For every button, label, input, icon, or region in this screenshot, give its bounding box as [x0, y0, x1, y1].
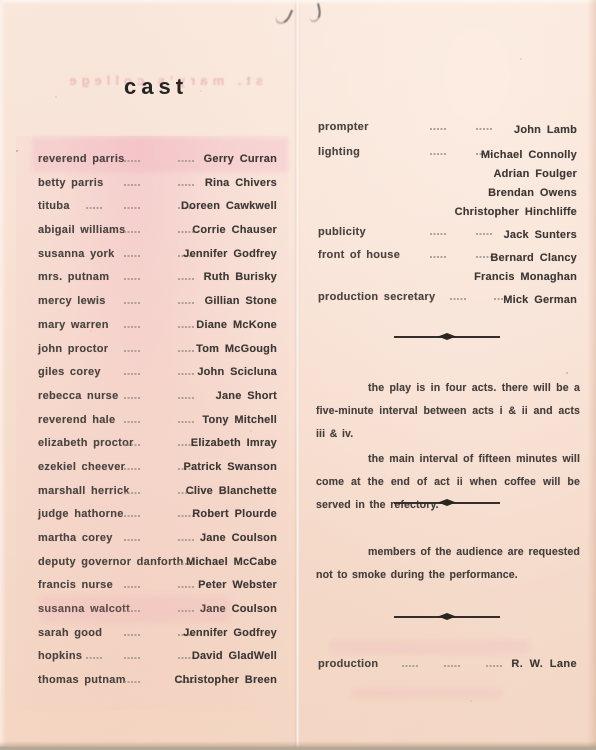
leader-dots: [124, 373, 140, 375]
cast-row: abigail williams Corrie Chauser: [38, 224, 278, 248]
leader-dots: [124, 468, 140, 470]
leader-dots: [178, 278, 194, 280]
cast-role-label: sarah good: [38, 627, 102, 639]
cast-role-label: susanna york: [38, 248, 115, 260]
diamond-icon: [438, 333, 456, 340]
cast-actor-name: Corrie Chauser: [192, 224, 277, 236]
crew-role-label: lighting: [318, 146, 360, 158]
leader-dots: [430, 153, 446, 155]
crew-member-name: Jack Sunters: [504, 226, 577, 245]
leader-dots: [124, 184, 140, 186]
leader-dots: [124, 586, 140, 588]
crew-list: prompter John Lamb lighting Michael Conn…: [318, 121, 578, 321]
leader-dots: [430, 233, 446, 235]
cast-row: marshall herrick Clive Blanchette: [38, 485, 278, 509]
leader-dots: [430, 128, 446, 130]
crew-member-name: Michael Connolly: [455, 146, 577, 165]
cast-row: betty parris Rina Chivers: [38, 177, 278, 201]
crew-member-name: Francis Monaghan: [474, 268, 577, 287]
cast-actor-name: David GladWell: [192, 650, 277, 662]
leader-dots: [178, 586, 194, 588]
cast-row: susanna york Jennifer Godfrey: [38, 248, 278, 272]
bleed-through-smudge: [40, 596, 230, 622]
cast-actor-name: Michael McCabe: [186, 556, 277, 568]
cast-role-label: reverend hale: [38, 414, 115, 426]
cast-row: tituba Doreen Cawkwell: [38, 200, 278, 224]
leader-dots: [178, 350, 194, 352]
page-edge: [587, 0, 596, 750]
cast-actor-name: Doreen Cawkwell: [181, 200, 277, 212]
cast-role-label: ezekiel cheever: [38, 461, 125, 473]
cast-row: martha corey Jane Coulson: [38, 532, 278, 556]
cast-role-label: francis nurse: [38, 579, 113, 591]
cast-page: st. mary's college cast reverend parris …: [0, 0, 298, 750]
cast-actor-name: Ruth Burisky: [204, 271, 277, 283]
cast-role-label: mrs. putnam: [38, 271, 109, 283]
leader-dots: [124, 397, 140, 399]
leader-dots: [124, 444, 140, 446]
cast-role-label: judge hathorne: [38, 508, 124, 520]
crew-member-name: Christopher Hinchliffe: [455, 203, 577, 222]
credits-page: prompter John Lamb lighting Michael Conn…: [298, 0, 596, 750]
performance-notes: the play is in four acts. there will be …: [316, 377, 580, 517]
leader-dots: [476, 128, 492, 130]
cast-row: deputy governor danforth Michael McCabe: [38, 556, 278, 580]
cast-role-label: abigail williams: [38, 224, 126, 236]
cast-actor-name: Jennifer Godfrey: [183, 248, 277, 260]
cast-role-label: marshall herrick: [38, 485, 130, 497]
leader-dots: [450, 298, 466, 300]
leader-dots: [476, 233, 492, 235]
cast-row: rebecca nurse Jane Short: [38, 390, 278, 414]
cast-row: hopkins David GladWell: [38, 650, 278, 674]
leader-dots: [124, 421, 140, 423]
cast-role-label: john proctor: [38, 343, 108, 355]
cast-actor-name: Peter Webster: [198, 579, 277, 591]
cast-row: mrs. putnam Ruth Burisky: [38, 271, 278, 295]
leader-dots: [124, 255, 140, 257]
cast-actor-name: Gillian Stone: [205, 295, 277, 307]
cast-row: reverend parris Gerry Curran: [38, 153, 278, 177]
cast-row: thomas putnam Christopher Breen: [38, 674, 278, 698]
fold-crease: [294, 0, 300, 750]
cast-actor-name: Jane Short: [216, 390, 277, 402]
interval-note: the main interval of fifteen minutes wil…: [316, 448, 580, 517]
cast-role-label: martha corey: [38, 532, 113, 544]
crew-role-label: prompter: [318, 121, 369, 133]
cast-row: reverend hale Tony Mitchell: [38, 414, 278, 438]
crew-names: Mick German: [503, 291, 577, 310]
cast-row: giles corey John Scicluna: [38, 366, 278, 390]
cast-role-label: deputy governor danforth: [38, 556, 184, 568]
leader-dots: [124, 657, 140, 659]
leader-dots: [178, 184, 194, 186]
cast-role-label: tituba: [38, 200, 70, 212]
leader-dots: [178, 539, 194, 541]
cast-row: mary warren Diane McKone: [38, 319, 278, 343]
cast-role-label: rebecca nurse: [38, 390, 119, 402]
cast-role-label: mary warren: [38, 319, 109, 331]
leader-dots: [444, 665, 460, 667]
leader-dots: [402, 665, 418, 667]
page-edge: [0, 0, 596, 5]
leader-dots: [430, 256, 446, 258]
leader-dots: [124, 515, 140, 517]
leader-dots: [178, 373, 194, 375]
leader-dots: [178, 421, 194, 423]
diamond-icon: [438, 499, 456, 506]
production-label: production: [318, 658, 378, 670]
leader-dots: [124, 350, 140, 352]
cast-actor-name: Elizabeth Imray: [191, 437, 277, 449]
cast-role-label: mercy lewis: [38, 295, 106, 307]
leader-dots: [124, 326, 140, 328]
crew-member-name: Mick German: [503, 291, 577, 310]
cast-row: mercy lewis Gillian Stone: [38, 295, 278, 319]
production-credit: production R. W. Lane: [318, 658, 578, 674]
cast-row: elizabeth proctor Elizabeth Imray: [38, 437, 278, 461]
cast-row: sarah good Jennifer Godfrey: [38, 627, 278, 651]
cast-actor-name: Jane Coulson: [200, 532, 277, 544]
production-name: R. W. Lane: [511, 658, 577, 670]
crew-member-name: Bernard Clancy: [474, 249, 577, 268]
crew-role-label: production secretary: [318, 291, 435, 303]
leader-dots: [86, 207, 102, 209]
cast-role-label: giles corey: [38, 366, 101, 378]
leader-dots: [124, 539, 140, 541]
leader-dots: [178, 326, 194, 328]
crew-names: John Lamb: [514, 121, 577, 140]
acts-note: the play is in four acts. there will be …: [316, 377, 580, 446]
leader-dots: [124, 160, 140, 162]
cast-heading: cast: [124, 74, 188, 100]
crew-member-name: Brendan Owens: [455, 184, 577, 203]
leader-dots: [124, 302, 140, 304]
cast-role-label: thomas putnam: [38, 674, 126, 686]
leader-dots: [124, 634, 140, 636]
cast-row: john proctor Tom McGough: [38, 343, 278, 367]
page-edge: [0, 0, 6, 750]
leader-dots: [124, 278, 140, 280]
cast-actor-name: John Scicluna: [197, 366, 277, 378]
cast-actor-name: Diane McKone: [196, 319, 277, 331]
cast-row: judge hathorne Robert Plourde: [38, 508, 278, 532]
leader-dots: [124, 681, 140, 683]
cast-role-label: hopkins: [38, 650, 82, 662]
cast-actor-name: Robert Plourde: [192, 508, 277, 520]
divider-ornament: [394, 499, 500, 506]
cast-role-label: elizabeth proctor: [38, 437, 134, 449]
crew-names: Michael ConnollyAdrian FoulgerBrendan Ow…: [455, 146, 577, 222]
cast-actor-name: Patrick Swanson: [183, 461, 277, 473]
crew-role-label: publicity: [318, 226, 366, 238]
leader-dots: [124, 492, 140, 494]
bleed-through-smudge: [352, 688, 502, 698]
cast-actor-name: Jennifer Godfrey: [183, 627, 277, 639]
crew-member-name: John Lamb: [514, 121, 577, 140]
leader-dots: [178, 160, 194, 162]
smoking-notice: members of the audience are requested no…: [316, 541, 580, 587]
cast-actor-name: Rina Chivers: [205, 177, 277, 189]
cast-actor-name: Tom McGough: [196, 343, 277, 355]
crew-role-label: front of house: [318, 249, 400, 261]
crew-names: Bernard ClancyFrancis Monaghan: [474, 249, 577, 287]
divider-ornament: [394, 333, 500, 340]
cast-role-label: betty parris: [38, 177, 104, 189]
leader-dots: [124, 231, 140, 233]
leader-dots: [124, 207, 140, 209]
diamond-icon: [438, 613, 456, 620]
divider-ornament: [394, 613, 500, 620]
leader-dots: [178, 397, 194, 399]
cast-row: ezekiel cheever Patrick Swanson: [38, 461, 278, 485]
leader-dots: [178, 302, 194, 304]
leader-dots: [486, 665, 502, 667]
bleed-through-smudge: [330, 640, 530, 654]
cast-actor-name: Tony Mitchell: [202, 414, 277, 426]
crew-names: Jack Sunters: [504, 226, 577, 245]
program-scan: st. mary's college cast reverend parris …: [0, 0, 596, 750]
cast-actor-name: Gerry Curran: [204, 153, 277, 165]
cast-actor-name: Christopher Breen: [175, 674, 277, 686]
cast-role-label: reverend parris: [38, 153, 125, 165]
crew-member-name: Adrian Foulger: [455, 165, 577, 184]
cast-actor-name: Clive Blanchette: [186, 485, 277, 497]
leader-dots: [86, 657, 102, 659]
page-edge: [0, 741, 596, 750]
